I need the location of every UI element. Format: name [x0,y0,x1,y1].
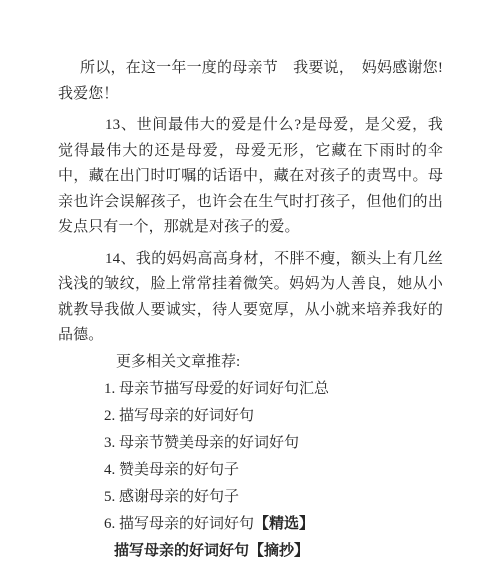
paragraph-item-14: 14、我的妈妈高高身材，不胖不瘦，额头上有几丝浅浅的皱纹，脸上常常挂着微笑。妈妈… [58,247,443,349]
related-article-footer-link[interactable]: 描写母亲的好词好句【摘抄】 [114,538,443,565]
related-article-title: 1. 母亲节描写母爱的好词好句汇总 [104,381,329,397]
article-page: 所以，在这一年一度的母亲节 我要说， 妈妈感谢您!我爱您！ 13、世间最伟大的爱… [0,0,500,565]
related-article-link-4[interactable]: 4. 赞美母亲的好句子 [104,457,443,484]
paragraph-intro: 所以，在这一年一度的母亲节 我要说， 妈妈感谢您!我爱您！ [58,56,443,107]
related-article-link-3[interactable]: 3. 母亲节赞美母亲的好词好句 [104,430,443,457]
related-articles-list: 1. 母亲节描写母爱的好词好句汇总 2. 描写母亲的好词好句 3. 母亲节赞美母… [58,376,443,538]
related-article-link-6[interactable]: 6. 描写母亲的好词好句【精选】 [104,511,443,538]
related-article-title: 6. 描写母亲的好词好句 [104,516,254,532]
related-articles-heading: 更多相关文章推荐: [116,349,443,376]
related-article-title: 4. 赞美母亲的好句子 [104,462,239,478]
related-article-link-1[interactable]: 1. 母亲节描写母爱的好词好句汇总 [104,376,443,403]
related-article-highlight-tag: 【精选】 [254,516,314,532]
related-article-title: 3. 母亲节赞美母亲的好词好句 [104,435,299,451]
related-article-link-2[interactable]: 2. 描写母亲的好词好句 [104,403,443,430]
related-article-title: 2. 描写母亲的好词好句 [104,408,254,424]
related-article-title: 5. 感谢母亲的好句子 [104,489,239,505]
related-article-link-5[interactable]: 5. 感谢母亲的好句子 [104,484,443,511]
paragraph-item-13: 13、世间最伟大的爱是什么?是母爱，是父爱，我觉得最伟大的还是母爱，母爱无形，它… [58,113,443,241]
